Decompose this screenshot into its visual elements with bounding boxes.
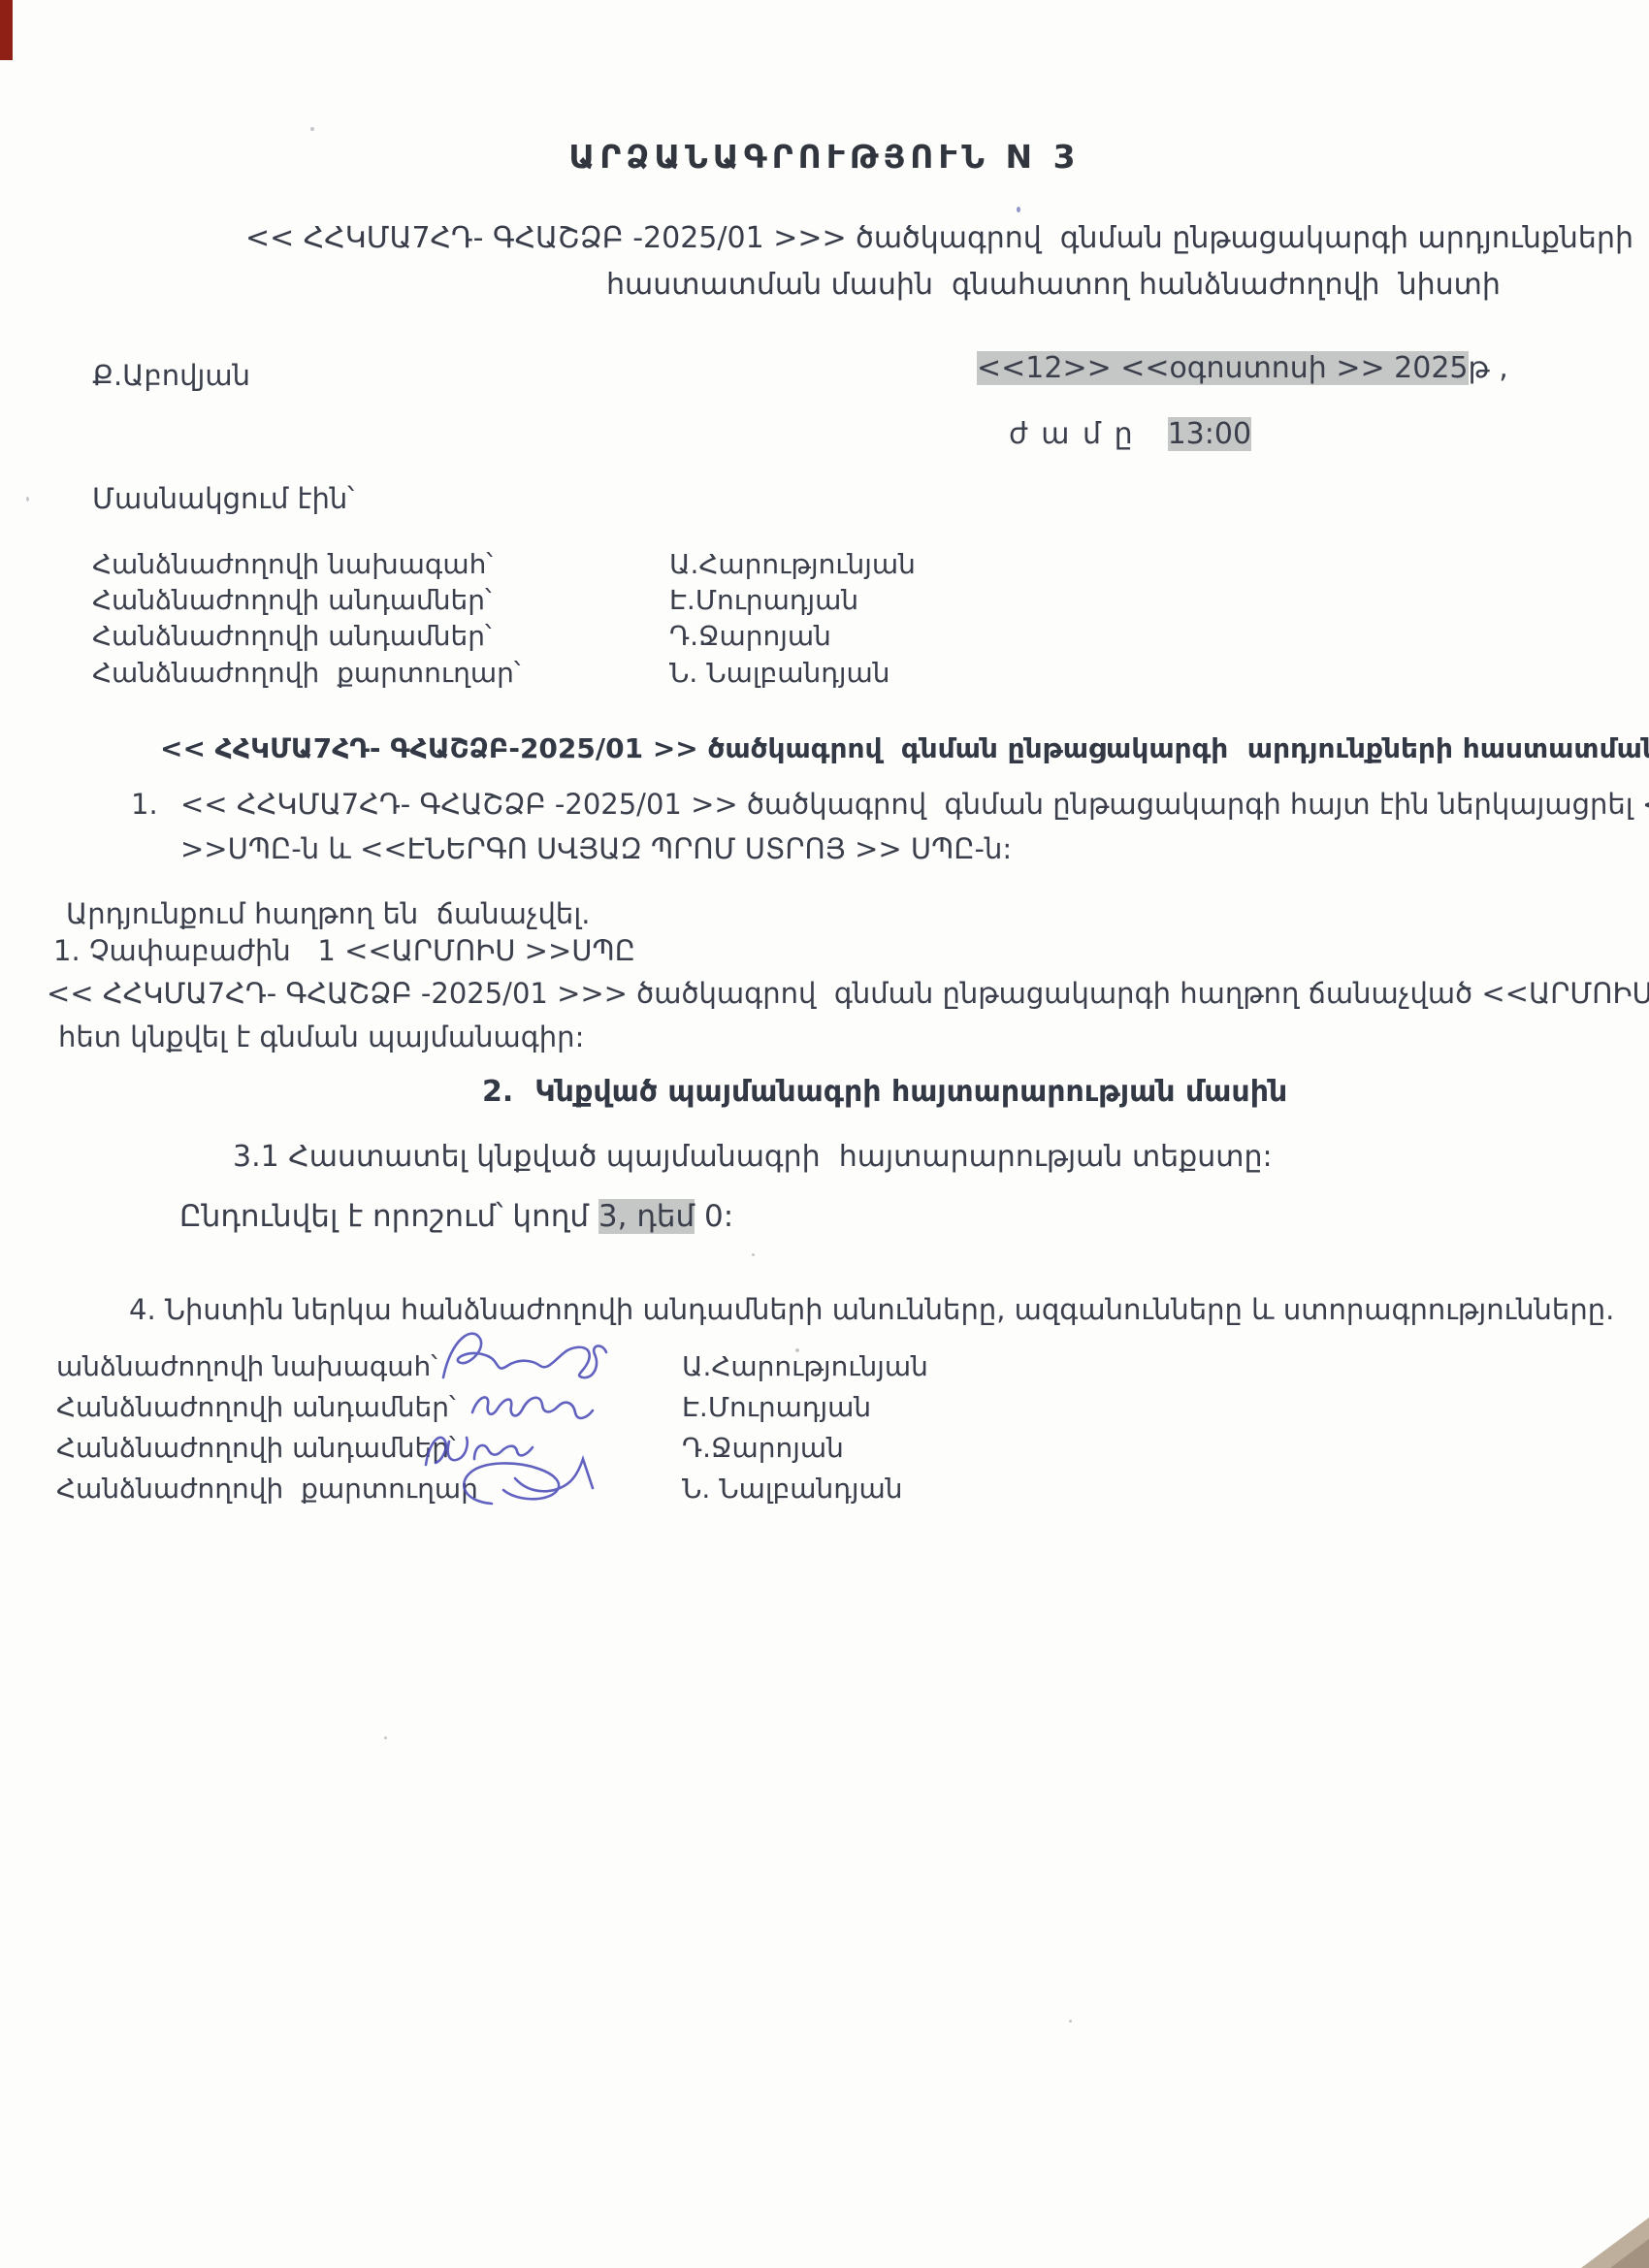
item1-text-line2: >>ՍՊԸ-ն և <<ԷՆԵՐԳՈ ՍՎՅԱԶ ՊՐՈՄ ՍՏՐՈՅ >> Ս… (180, 832, 1012, 865)
section2-number: 2. (482, 1075, 513, 1109)
decision-vote-highlight: 3, դեմ (598, 1199, 695, 1234)
time-label: ժ ա մ ը (1009, 417, 1135, 451)
document-subtitle-line2: հաստատման մասին գնահատող հանձնաժողովի նի… (606, 268, 1501, 302)
participant-row: Հանձնաժողովի անդամներ՝Դ.Ջարոյան (92, 620, 1256, 652)
date-suffix: թ , (1469, 351, 1508, 385)
scan-edge-artifact (0, 0, 13, 60)
participant-role: Հանձնաժողովի նախագահ՝ (92, 548, 493, 580)
participant-row: Հանձնաժողովի անդամներ՝Է.Մուրադյան (92, 584, 1256, 616)
decision-prefix: Ընդունվել է որոշում՝ կողմ (179, 1199, 598, 1234)
section1-heading: << ՀՀԿՄԱ7ՀԴ- ԳՀԱՇՁԲ-2025/01 >> ծածկագրով… (160, 732, 1649, 764)
scan-speck (1069, 2020, 1072, 2023)
participant-name: Է.Մուրադյան (669, 584, 858, 616)
document-subtitle-line1: << ՀՀԿՄԱ7ՀԴ- ԳՀԱՇՁԲ -2025/01 >>> ծածկագր… (245, 221, 1633, 255)
scan-speck (752, 1253, 755, 1256)
signature-role: Հանձնաժողովի անդամներ՝ (56, 1432, 456, 1464)
handwritten-signatures (403, 1317, 742, 1526)
participant-row: Հանձնաժողովի քարտուղար՝Ն. Նալբանդյան (92, 657, 1256, 689)
signature-ink-president (443, 1334, 606, 1377)
scan-speck (26, 497, 29, 502)
lot-winner-line: 1. Չափաբաժին 1 <<ԱՐՄՈԻՍ >>ՍՊԸ (53, 934, 635, 967)
signature-ink-secretary (464, 1459, 593, 1504)
section2-heading-text: Կնքված պայմանագրի հայտարարության մասին (534, 1075, 1287, 1109)
participant-name: Դ.Ջարոյան (669, 620, 831, 652)
section4-line: 4. Նիստին ներկա հանձնաժողովի անդամների ա… (129, 1293, 1614, 1326)
time-value: 13:00 (1168, 417, 1251, 451)
scan-speck (795, 1348, 799, 1352)
scanned-protocol-page: ԱՐՁԱՆԱԳՐՈՒԹՅՈՒՆ N 3 << ՀՀԿՄԱ7ՀԴ- ԳՀԱՇՁԲ … (0, 0, 1649, 2268)
participant-role: Հանձնաժողովի անդամներ՝ (92, 584, 492, 616)
meeting-date: <<12>> <<օգոստոսի >> 2025թ , (977, 351, 1508, 385)
participant-row: Հանձնաժողովի նախագահ՝Ա.Հարությունյան (92, 548, 1256, 580)
scan-speck (384, 1736, 387, 1739)
winner-detail-line: << ՀՀԿՄԱ7ՀԴ- ԳՀԱՇՁԲ -2025/01 >>> ծածկագր… (47, 977, 1649, 1010)
document-title: ԱՐՁԱՆԱԳՐՈՒԹՅՈՒՆ N 3 (0, 138, 1649, 176)
signature-ink-member1 (472, 1397, 593, 1417)
item1-text-line1: << ՀՀԿՄԱ7ՀԴ- ԳՀԱՇՁԲ -2025/01 >> ծածկագրո… (180, 788, 1649, 821)
signature-ink-member2 (426, 1438, 533, 1465)
scan-speck (310, 127, 314, 131)
participant-role: Հանձնաժողովի անդամներ՝ (92, 620, 492, 652)
date-highlight: <<12>> <<օգոստոսի >> 2025 (977, 351, 1469, 385)
city-label: Ք.Աբովյան (92, 359, 250, 392)
contract-line: հետ կնքվել է գնման պայմանագիր: (58, 1021, 584, 1053)
decision-suffix: 0: (695, 1199, 733, 1234)
participants-heading: Մասնակցում էին՝ (92, 482, 354, 515)
signature-role: անձնաժողովի նախագահ՝ (56, 1350, 437, 1382)
page-corner-fold-shade (1610, 2239, 1649, 2268)
item1-number: 1. (131, 788, 158, 821)
participant-role: Հանձնաժողովի քարտուղար՝ (92, 657, 521, 689)
item-3-1-line: 3.1 Հաստատել կնքված պայմանագրի հայտարարո… (233, 1140, 1273, 1174)
result-line: Արդյունքում հաղթող են ճանաչվել. (66, 897, 590, 930)
decision-line: Ընդունվել է որոշում՝ կողմ 3, դեմ 0: (179, 1199, 733, 1234)
section2-heading: 2.Կնքված պայմանագրի հայտարարության մասին (482, 1075, 1287, 1109)
scan-speck (1017, 207, 1020, 212)
participant-name: Ն. Նալբանդյան (669, 657, 889, 689)
meeting-time: ժ ա մ ը13:00 (1009, 417, 1251, 451)
participant-name: Ա.Հարությունյան (669, 548, 916, 580)
signature-role: Հանձնաժողովի անդամներ՝ (56, 1391, 456, 1423)
